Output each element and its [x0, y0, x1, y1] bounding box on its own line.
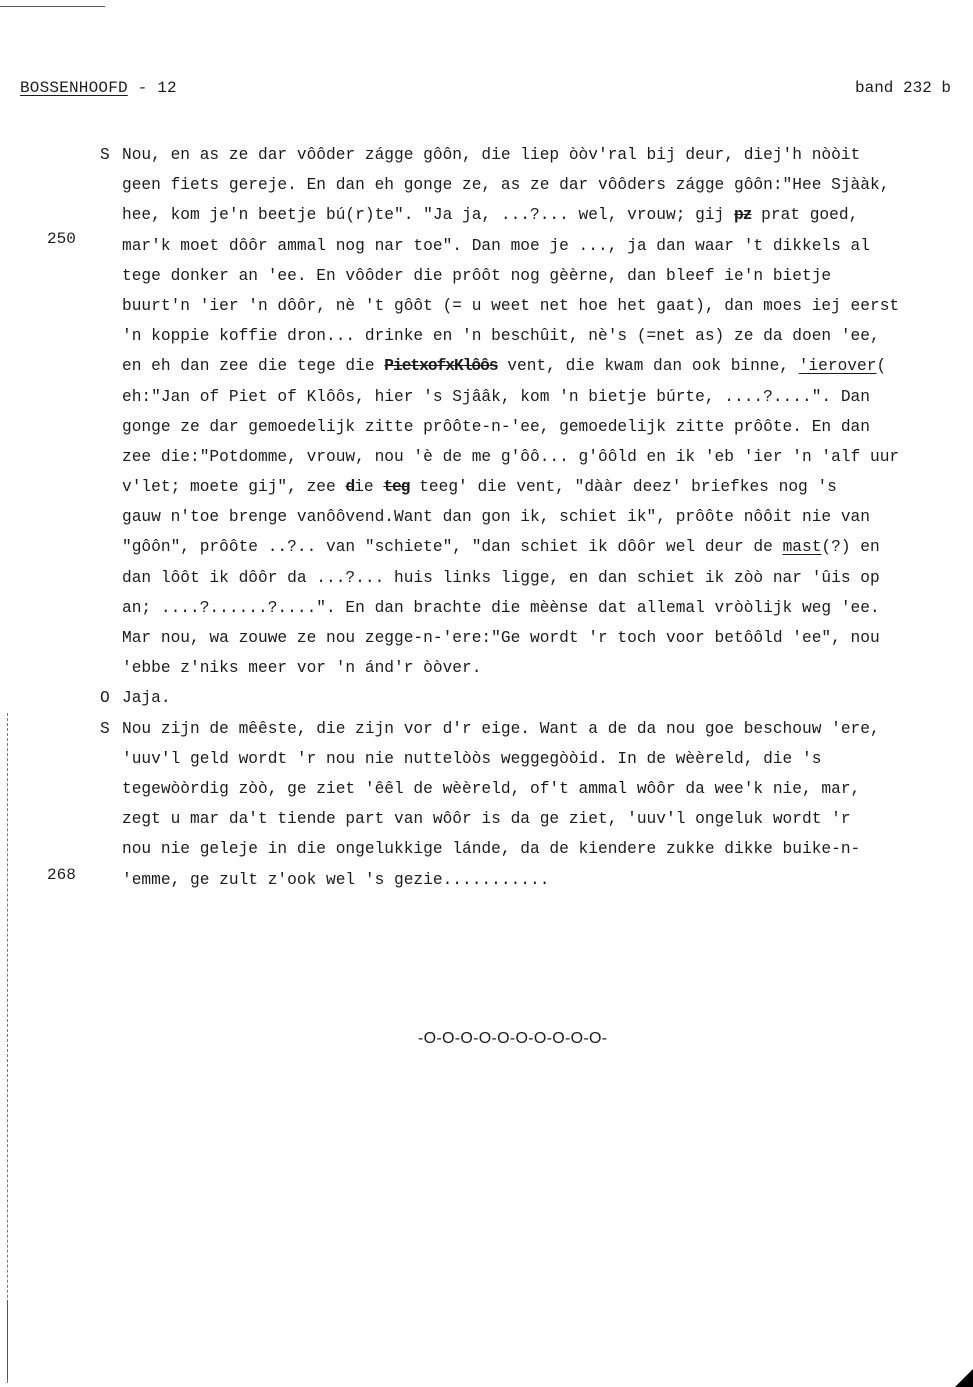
line-text: buurt'n 'ier 'n dôôr, nè 't gôôt (= u we… — [122, 297, 899, 315]
margin-binding-line-solid — [7, 1300, 8, 1380]
page-number: 12 — [157, 79, 177, 97]
transcript-line: buurt'n 'ier 'n dôôr, nè 't gôôt (= u we… — [100, 291, 970, 321]
document-title: BOSSENHOOFD — [20, 79, 128, 97]
line-text: tegewòòrdig zòò, ge ziet 'êêl de wèèreld… — [122, 780, 860, 798]
margin-line-number-250: 250 — [47, 230, 76, 248]
line-text: gonge ze dar gemoedelijk zitte prôôte-n-… — [122, 418, 870, 436]
underlined-text: 'ierover — [799, 357, 877, 375]
struck-out-text: PietxofxKlôôs — [384, 357, 497, 375]
transcript-line: 'uuv'l geld wordt 'r nou nie nuttelòòs w… — [100, 744, 970, 774]
line-text: prat goed, — [751, 206, 858, 224]
margin-binding-line — [7, 713, 8, 1383]
line-text: v'let; moete gij", zee — [122, 478, 345, 496]
struck-out-text: pz — [734, 206, 751, 224]
line-text: Nou zijn de mêêste, die zijn vor d'r eig… — [122, 720, 880, 738]
line-text: mar'k moet dôôr ammal nog nar toe". Dan … — [122, 237, 870, 255]
line-text: an; ....?......?....". En dan brachte di… — [122, 599, 880, 617]
line-text: tege donker an 'ee. En vôôder die prôôt … — [122, 267, 831, 285]
tape-reference: band 232 b — [855, 79, 951, 97]
line-text: dan lôôt ik dôôr da ...?... huis links l… — [122, 569, 880, 587]
struck-out-text: d — [345, 478, 354, 496]
transcript-line: Mar nou, wa zouwe ze nou zegge-n-'ere:"G… — [100, 623, 970, 653]
transcript-line: 'ebbe z'niks meer vor 'n ánd'r òòver. — [100, 653, 970, 683]
transcript-line: gonge ze dar gemoedelijk zitte prôôte-n-… — [100, 412, 970, 442]
speaker-label: S — [100, 140, 122, 170]
underlined-text: mast — [783, 538, 822, 556]
transcript-line: nou nie geleje in die ongelukkige lánde,… — [100, 834, 970, 864]
line-text: 'ebbe z'niks meer vor 'n ánd'r òòver. — [122, 659, 481, 677]
line-text: Jaja. — [122, 689, 171, 707]
transcript-line: v'let; moete gij", zee die teg teeg' die… — [100, 472, 970, 502]
line-text: Mar nou, wa zouwe ze nou zegge-n-'ere:"G… — [122, 629, 880, 647]
line-text: hee, kom je'n beetje bú(r)te". "Ja ja, .… — [122, 206, 734, 224]
line-text: zegt u mar da't tiende part van wôôr is … — [122, 810, 851, 828]
end-of-section-mark: -O-O-O-O-O-O-O-O-O-O- — [418, 1030, 607, 1048]
line-text: ( — [876, 357, 886, 375]
speaker-label: O — [100, 683, 122, 713]
line-text: ie — [354, 478, 383, 496]
transcript-line: SNou, en as ze dar vôôder zágge gôôn, di… — [100, 140, 970, 170]
page-header-title: BOSSENHOOFD - 12 — [20, 79, 177, 97]
line-text: en eh dan zee die tege die — [122, 357, 384, 375]
transcript-line: zegt u mar da't tiende part van wôôr is … — [100, 804, 970, 834]
transcript-line: zee die:"Potdomme, vrouw, nou 'è de me g… — [100, 442, 970, 472]
top-rule-line — [0, 6, 105, 7]
transcript-line: dan lôôt ik dôôr da ...?... huis links l… — [100, 563, 970, 593]
transcript-line: tege donker an 'ee. En vôôder die prôôt … — [100, 261, 970, 291]
line-text: 'uuv'l geld wordt 'r nou nie nuttelòòs w… — [122, 750, 821, 768]
line-text: nou nie geleje in die ongelukkige lánde,… — [122, 840, 860, 858]
page-separator: - — [128, 79, 157, 97]
line-text: "gôôn", prôôte ..?.. van "schiete", "dan… — [122, 538, 783, 556]
page-corner-mark — [955, 1369, 973, 1387]
transcript-line: "gôôn", prôôte ..?.. van "schiete", "dan… — [100, 532, 970, 562]
line-text: teeg' die vent, "dààr deez' briefkes nog… — [409, 478, 836, 496]
line-text: gauw n'toe brenge vanôôvend.Want dan gon… — [122, 508, 870, 526]
line-text: (?) en — [821, 538, 879, 556]
line-text: 'n koppie koffie dron... drinke en 'n be… — [122, 327, 880, 345]
transcript-line: mar'k moet dôôr ammal nog nar toe". Dan … — [100, 231, 970, 261]
transcript-line: gauw n'toe brenge vanôôvend.Want dan gon… — [100, 502, 970, 532]
transcript-line: OJaja. — [100, 683, 970, 713]
transcript-line: 'n koppie koffie dron... drinke en 'n be… — [100, 321, 970, 351]
transcript-line: en eh dan zee die tege die PietxofxKlôôs… — [100, 351, 970, 381]
transcript-line: hee, kom je'n beetje bú(r)te". "Ja ja, .… — [100, 200, 970, 230]
line-text: Nou, en as ze dar vôôder zágge gôôn, die… — [122, 146, 860, 164]
struck-out-text: teg — [383, 478, 409, 496]
line-text: vent, die kwam dan ook binne, — [498, 357, 799, 375]
transcript-line: eh:"Jan of Piet of Klôôs, hier 's Sjââk,… — [100, 382, 970, 412]
line-text: geen fiets gereje. En dan eh gonge ze, a… — [122, 176, 889, 194]
transcript-line: an; ....?......?....". En dan brachte di… — [100, 593, 970, 623]
transcript-line: tegewòòrdig zòò, ge ziet 'êêl de wèèreld… — [100, 774, 970, 804]
transcript-line: geen fiets gereje. En dan eh gonge ze, a… — [100, 170, 970, 200]
margin-line-number-268: 268 — [47, 866, 76, 884]
line-text: eh:"Jan of Piet of Klôôs, hier 's Sjââk,… — [122, 388, 870, 406]
transcript-body: SNou, en as ze dar vôôder zágge gôôn, di… — [100, 140, 970, 895]
line-text: zee die:"Potdomme, vrouw, nou 'è de me g… — [122, 448, 899, 466]
transcript-line: 'emme, ge zult z'ook wel 's gezie.......… — [100, 865, 970, 895]
line-text: 'emme, ge zult z'ook wel 's gezie.......… — [122, 871, 549, 889]
transcript-line: SNou zijn de mêêste, die zijn vor d'r ei… — [100, 714, 970, 744]
speaker-label: S — [100, 714, 122, 744]
